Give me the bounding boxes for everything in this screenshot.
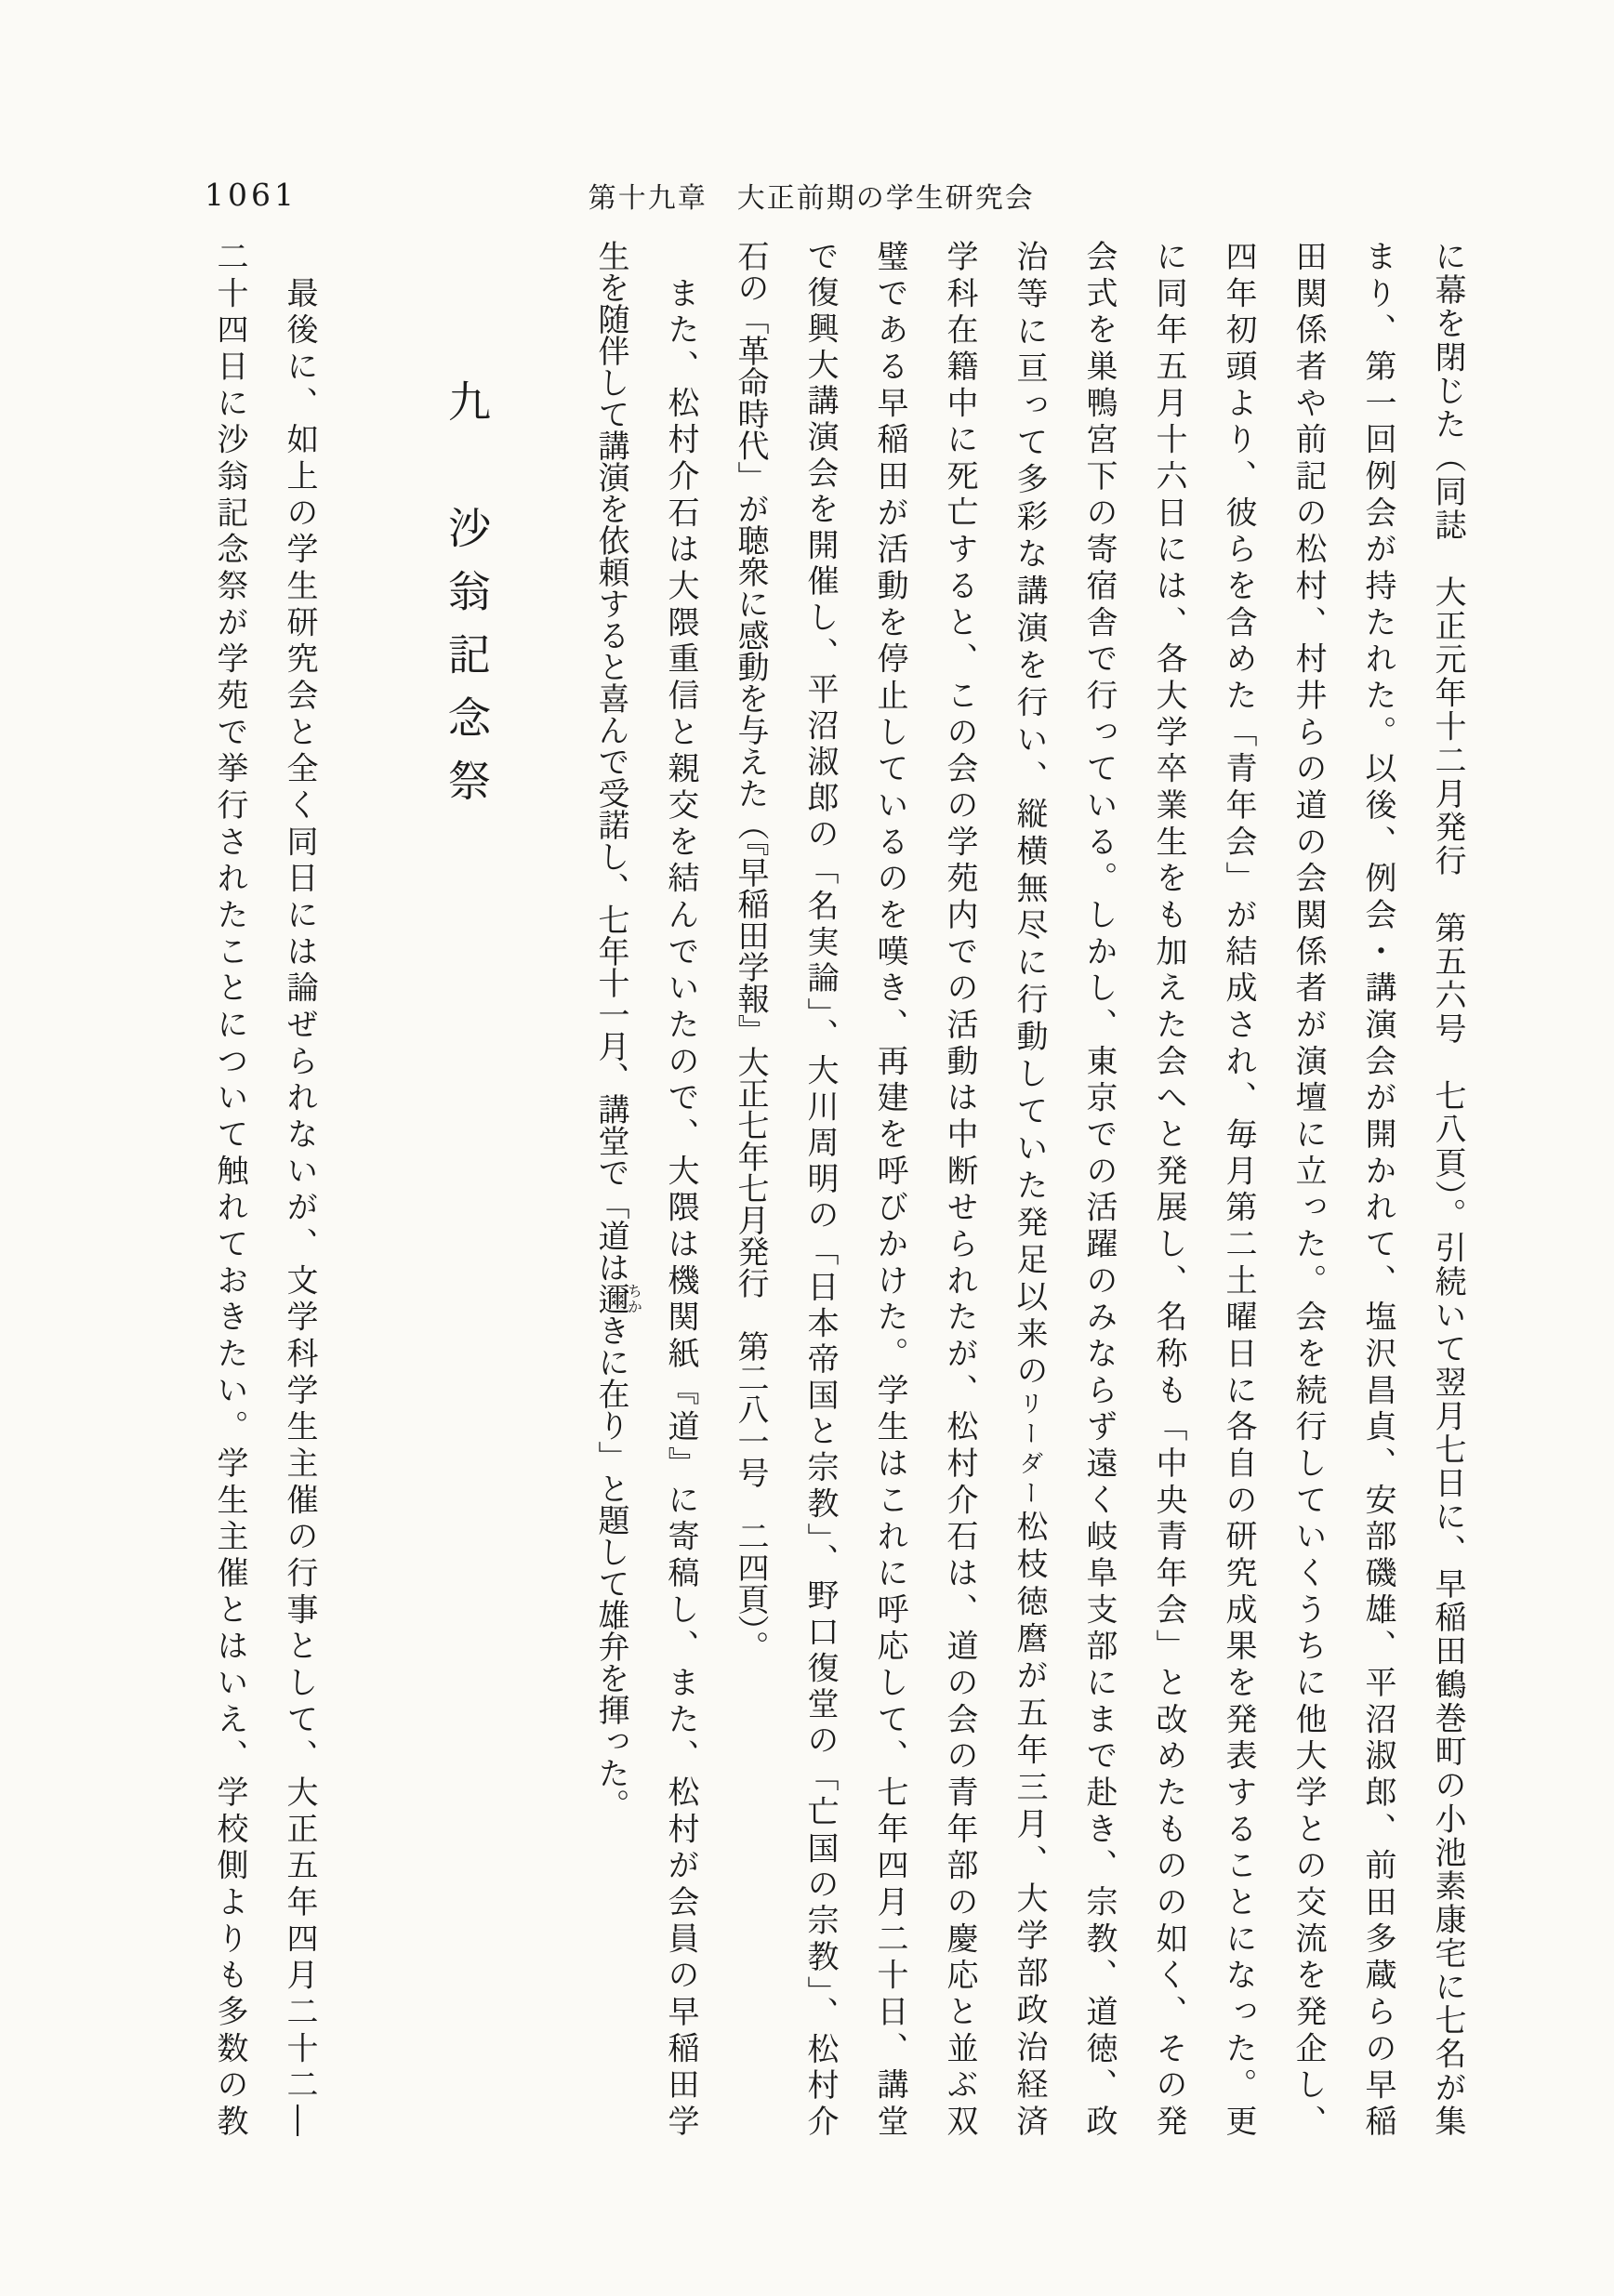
furigana: ちか [626,1283,643,1314]
text-column-13: 生を随伴して講演を依頼すると喜んで受諾し、七年十一月、講堂で「道は邇ちかきに在り… [575,240,645,2136]
ruby-base: 邇 [592,1283,629,1314]
text-column-6: 会式を巣鴨宮下の寄宿舎で行っている。しかし、東京での活躍のみならず遠く岐阜支部に… [1064,240,1133,2136]
text-column-14: 最後に、如上の学生研究会と全く同日には論ぜられないが、文学科学生主催の行事として… [264,240,334,2136]
book-page: 1061 第十九章 大正前期の学生研究会 に幕を閉じた（同誌 大正元年十二月発行… [0,0,1614,2296]
text-column-4: 四年初頭より、彼らを含めた「青年会」が結成され、毎月第二土曜日に各自の研究成果を… [1203,240,1273,2136]
text-run: 生を随伴して講演を依頼すると喜んで受諾し、七年十一月、講堂で「道は [592,240,629,1283]
ruby-annotation: 邇ちか [592,1283,629,1314]
text-column-5: に同年五月十六日には、各大学卒業生をも加えた会へと発展し、名称も「中央青年会」と… [1133,240,1203,2136]
text-run: 松枝徳麿が五年三月、大学部政治経済 [1011,1511,1048,2136]
text-column-9: 璧である早稲田が活動を停止しているのを嘆き、再建を呼びかけた。学生はこれに呼応し… [854,240,924,2136]
section-heading: 九 沙翁記念祭 [422,240,510,2136]
small-katakana-run: リーダー [1015,1392,1043,1511]
text-column-1: に幕を閉じた（同誌 大正元年十二月発行 第五六号 七八頁）。引続いて翌月七日に、… [1412,240,1482,2136]
text-column-11: 石の「革命時代」が聴衆に感動を与えた（『早稲田学報』大正七年七月発行 第二八一号… [715,240,785,2136]
text-column-10: で復興大講演会を開催し、平沼淑郎の「名実論」、大川周明の「日本帝国と宗教」、野口… [785,240,854,2136]
text-column-8: 学科在籍中に死亡すると、この会の学苑内での活動は中断せられたが、松村介石は、道の… [924,240,994,2136]
text-column-15: 二十四日に沙翁記念祭が学苑で挙行されたことについて触れておきたい。学生主催とはい… [194,240,264,2136]
body-text: に幕を閉じた（同誌 大正元年十二月発行 第五六号 七八頁）。引続いて翌月七日に、… [194,240,1482,2136]
page-header: 1061 第十九章 大正前期の学生研究会 [0,173,1614,218]
text-run: 治等に亘って多彩な講演を行い、縦横無尽に行動していた発足以来の [1011,240,1048,1392]
chapter-title: 第十九章 大正前期の学生研究会 [589,175,1035,216]
text-column-2: まり、第一回例会が持たれた。以後、例会・講演会が開かれて、塩沢昌貞、安部磯雄、平… [1343,240,1412,2136]
text-column-7: 治等に亘って多彩な講演を行い、縦横無尽に行動していた発足以来のリーダー松枝徳麿が… [994,240,1064,2136]
text-run: きに在り」と題して雄弁を揮った。 [592,1314,629,1820]
text-column-12: また、松村介石は大隈重信と親交を結んでいたので、大隈は機関紙『道』に寄稿し、また… [645,240,715,2136]
text-column-3: 田関係者や前記の松村、村井らの道の会関係者が演壇に立った。会を続行していくうちに… [1273,240,1343,2136]
page-number: 1061 [205,177,298,213]
